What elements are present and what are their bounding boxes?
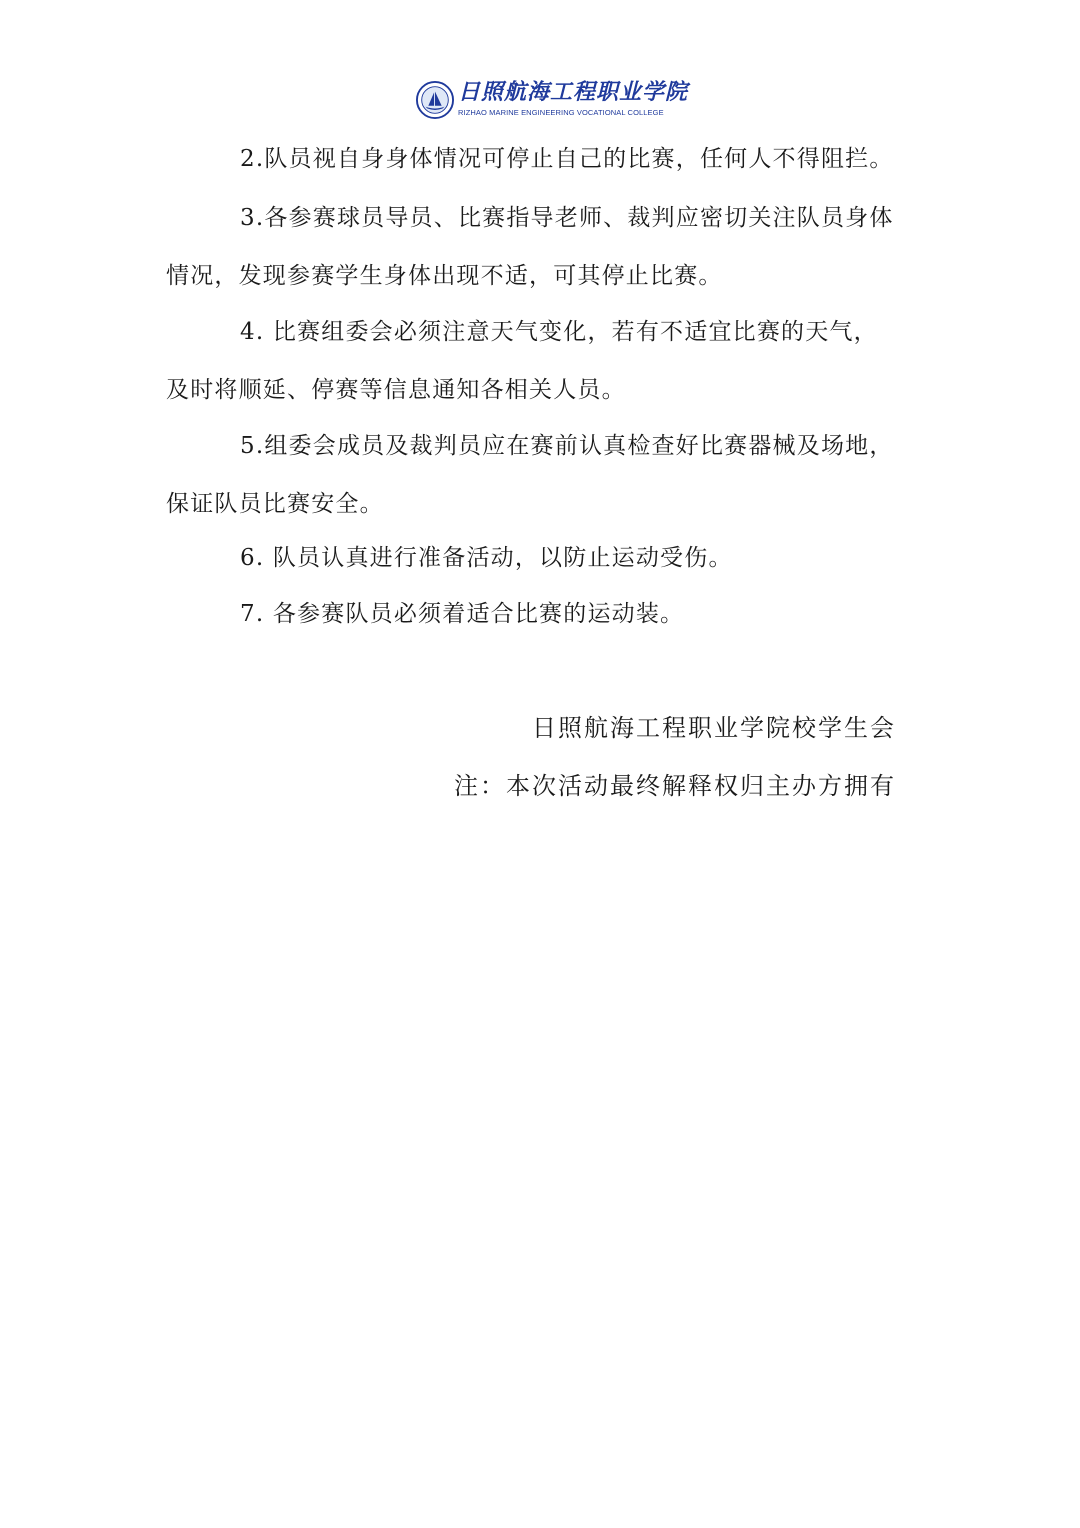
item-line: 及时将顺延、停赛等信息通知各相关人员。	[166, 361, 926, 419]
item-3: 3.各参赛球员导员、比赛指导老师、裁判应密切关注队员身体 情况，发现参赛学生身体…	[166, 189, 926, 305]
signature-organization: 日照航海工程职业学院校学生会	[532, 708, 896, 743]
college-header: 日照航海工程职业学院 RIZHAO MARINE ENGINEERING VOC…	[416, 79, 676, 123]
item-4: 4. 比赛组委会必须注意天气变化，若有不适宜比赛的天气， 及时将顺延、停赛等信息…	[166, 303, 926, 419]
item-line: 5.组委会成员及裁判员应在赛前认真检查好比赛器械及场地，	[166, 417, 926, 475]
item-6: 6. 队员认真进行准备活动，以防止运动受伤。	[166, 529, 926, 587]
item-2: 2.队员视自身身体情况可停止自己的比赛，任何人不得阻拦。	[166, 130, 926, 188]
item-5: 5.组委会成员及裁判员应在赛前认真检查好比赛器械及场地， 保证队员比赛安全。	[166, 417, 926, 533]
item-line: 6. 队员认真进行准备活动，以防止运动受伤。	[166, 529, 926, 587]
item-line: 7. 各参赛队员必须着适合比赛的运动装。	[166, 585, 926, 643]
item-line: 2.队员视自身身体情况可停止自己的比赛，任何人不得阻拦。	[166, 130, 926, 188]
item-line: 3.各参赛球员导员、比赛指导老师、裁判应密切关注队员身体	[166, 189, 926, 247]
college-seal-icon	[416, 81, 454, 119]
college-name-en: RIZHAO MARINE ENGINEERING VOCATIONAL COL…	[458, 108, 664, 117]
item-7: 7. 各参赛队员必须着适合比赛的运动装。	[166, 585, 926, 643]
signature-note: 注：本次活动最终解释权归主办方拥有	[454, 766, 896, 801]
item-line: 情况，发现参赛学生身体出现不适，可其停止比赛。	[166, 247, 926, 305]
item-line: 4. 比赛组委会必须注意天气变化，若有不适宜比赛的天气，	[166, 303, 926, 361]
item-line: 保证队员比赛安全。	[166, 475, 926, 533]
college-name-cn: 日照航海工程职业学院	[458, 81, 688, 105]
